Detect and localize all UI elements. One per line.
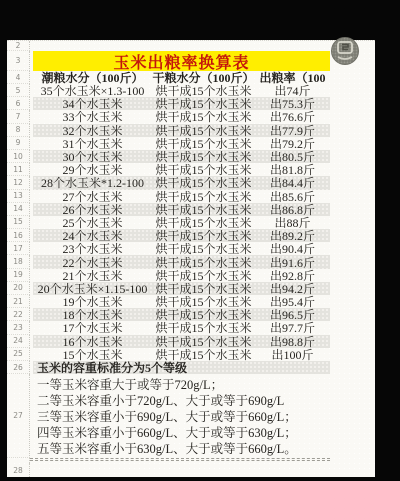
row-number-28[interactable]: 28	[7, 463, 30, 477]
sheet-row-note: 26 玉米的容重标准分为5个等级	[7, 361, 375, 375]
row-number[interactable]: 5	[7, 84, 30, 97]
grades-cell[interactable]: 一等玉米容重大于或等于720g/L；二等玉米容重小于720g/L、大于或等于69…	[33, 374, 330, 458]
sheet-row-28: 28	[7, 463, 375, 477]
spreadsheet-screenshot: 2 3 玉米出粮率换算表 4 潮粮水分（100斤） 干粮水分（100斤） 出粮率…	[0, 0, 400, 481]
note-cell[interactable]: 玉米的容重标准分为5个等级	[33, 361, 330, 375]
row-number[interactable]: 22	[7, 308, 30, 321]
row-number[interactable]: 20	[7, 282, 30, 295]
row-number[interactable]: 16	[7, 229, 30, 242]
row-number[interactable]: 7	[7, 110, 30, 123]
row-number[interactable]: 25	[7, 348, 30, 361]
row-number[interactable]: 19	[7, 269, 30, 282]
circular-watermark-seal-icon	[330, 36, 360, 66]
row-number[interactable]: 9	[7, 137, 30, 150]
grade-lines: 一等玉米容重大于或等于720g/L；二等玉米容重小于720g/L、大于或等于69…	[33, 375, 297, 457]
grade-line: 一等玉米容重大于或等于720g/L；	[37, 377, 297, 393]
row-number[interactable]: 13	[7, 190, 30, 203]
row-number-26[interactable]: 26	[7, 361, 30, 375]
grade-line: 四等玉米容重小于660g/L、大于或等于630g/L；	[37, 425, 297, 441]
row-number[interactable]: 17	[7, 242, 30, 255]
grade-line: 五等玉米容重小于630g/L、大于或等于660g/L。	[37, 441, 297, 457]
row-number[interactable]: 12	[7, 176, 30, 189]
grade-line: 二等玉米容重小于720g/L、大于或等于690g/L	[37, 393, 297, 409]
row-number[interactable]: 21	[7, 295, 30, 308]
row-number-3[interactable]: 3	[7, 51, 30, 71]
row-number[interactable]: 14	[7, 203, 30, 216]
sheet-row-grades: 27 一等玉米容重大于或等于720g/L；二等玉米容重小于720g/L、大于或等…	[7, 374, 375, 458]
row-number-27[interactable]: 27	[7, 374, 30, 458]
grade-line: 三等玉米容重小于690g/L、大于或等于660g/L；	[37, 409, 297, 425]
row-number[interactable]: 18	[7, 255, 30, 268]
row-number[interactable]: 23	[7, 321, 30, 334]
row-number[interactable]: 10	[7, 150, 30, 163]
worksheet: 2 3 玉米出粮率换算表 4 潮粮水分（100斤） 干粮水分（100斤） 出粮率…	[7, 40, 375, 477]
row-number[interactable]: 6	[7, 97, 30, 110]
row-number[interactable]: 15	[7, 216, 30, 229]
row-number[interactable]: 24	[7, 335, 30, 348]
row-number[interactable]: 11	[7, 163, 30, 176]
row-number[interactable]: 8	[7, 124, 30, 137]
sheet-row-title: 3 玉米出粮率换算表	[7, 51, 375, 71]
title-cell[interactable]: 玉米出粮率换算表	[33, 51, 330, 71]
row-number-2[interactable]: 2	[7, 41, 30, 51]
bottom-border-line	[30, 458, 330, 461]
row-number-4[interactable]: 4	[7, 71, 30, 84]
